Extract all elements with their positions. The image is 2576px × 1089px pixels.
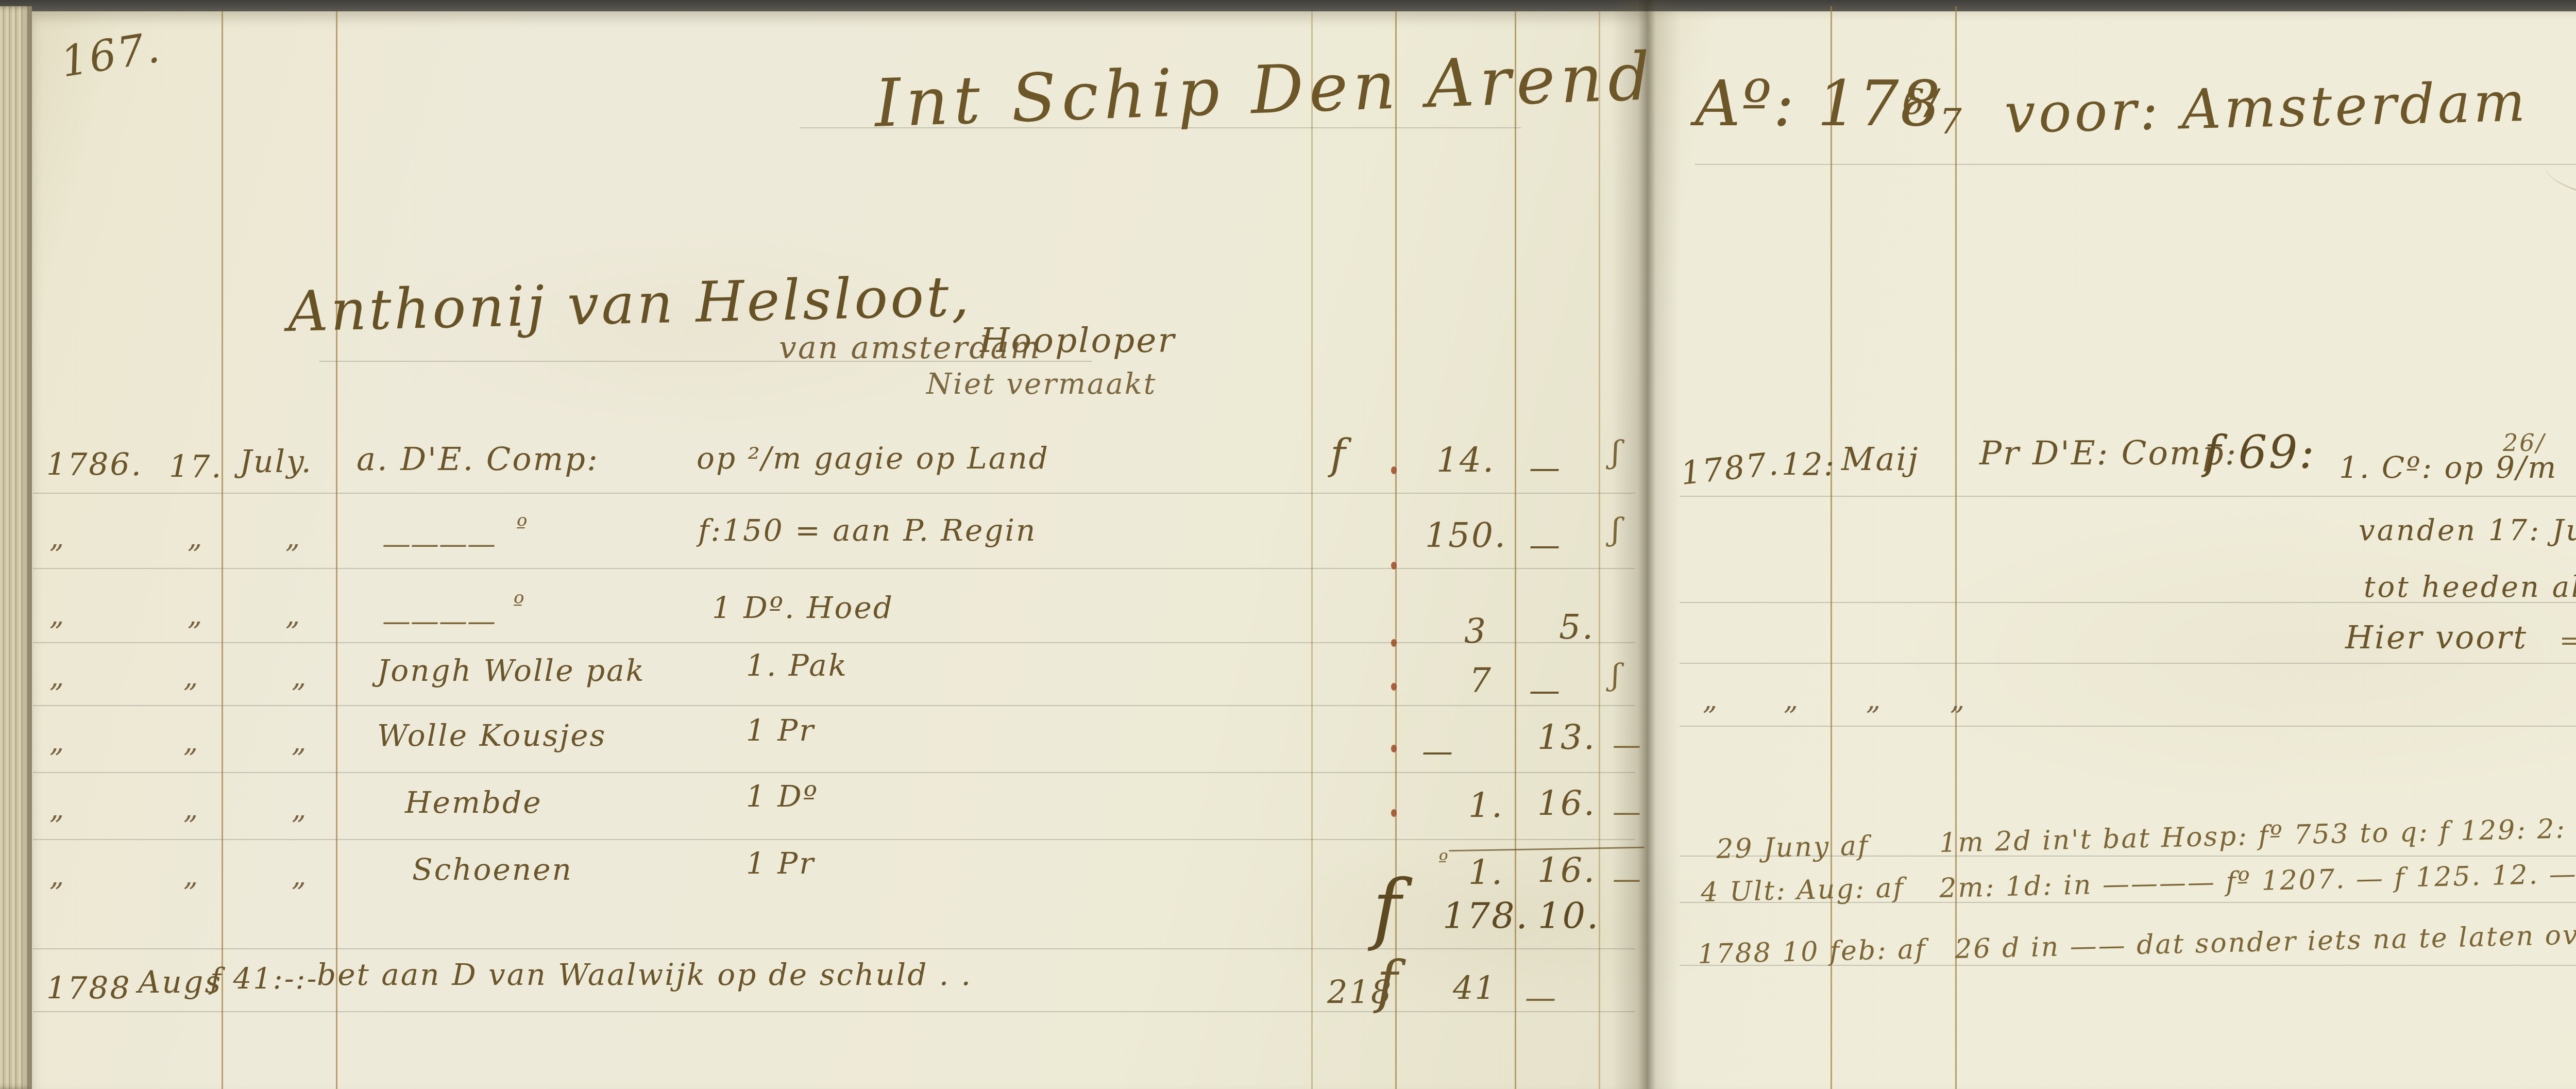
ditto-mark: „	[183, 795, 200, 823]
amount-stuivers: 5.	[1559, 610, 1595, 644]
column-rule	[222, 11, 223, 1089]
amount-guilders: 150.	[1425, 518, 1507, 552]
amount-penningen: —	[1613, 731, 1642, 759]
ditto-mark: „	[183, 728, 200, 756]
guide-line	[1695, 164, 2576, 165]
ditto-mark: „	[292, 862, 308, 890]
fraction-top: 6/	[1902, 82, 1939, 123]
entry-quantity: 1 Pr	[746, 715, 815, 745]
entry-month: Maij	[1841, 443, 1920, 475]
entry-desc: 1 Dº. Hoed	[712, 593, 894, 623]
audit-tick	[1391, 683, 1397, 691]
column-rule	[1955, 6, 1957, 1089]
account-note: Niet vermaakt	[926, 370, 1157, 399]
amount-penningen: —	[1613, 865, 1642, 893]
ditto-mark: „	[1784, 685, 1800, 714]
payment-amount-note: f 41:-:-	[210, 965, 318, 994]
memo-date: 29 Juny af	[1716, 832, 1870, 863]
amount-stuivers: 16.	[1537, 853, 1596, 887]
book-top-edge	[0, 0, 2576, 11]
amount-penningen: ʃ	[1612, 660, 1621, 690]
ditto-mark: „	[49, 601, 66, 629]
ditto-mark: „	[1866, 685, 1883, 714]
entry-desc-line1: 1. Cº: op 9/m	[2339, 453, 2557, 482]
ditto-mark: „	[1703, 685, 1719, 714]
entry-quantity: 1 Pr	[746, 848, 815, 878]
ditto-mark: „	[183, 862, 200, 890]
florin-sign: f	[1372, 870, 1403, 947]
guide-line	[1680, 663, 2576, 664]
amount-guilders: 1.	[1468, 856, 1504, 890]
ditto-superscript: º	[516, 514, 529, 538]
payment-month: Augs	[138, 967, 222, 998]
amount-guilders: —	[1422, 736, 1454, 767]
audit-tick	[1391, 562, 1397, 569]
ditto-dash: ————	[382, 530, 496, 558]
entry-desc: Schoenen	[412, 855, 573, 884]
ditto-mark: „	[188, 524, 204, 552]
entry-desc-line3: tot heeden alhier 't Bataviase boeke	[2364, 573, 2576, 602]
payment-stuivers: —	[1525, 982, 1557, 1013]
memo-date: 1788 10 feb: af	[1698, 936, 1927, 968]
audit-tick	[1391, 466, 1397, 474]
memo-date: 4 Ult: Aug: af	[1701, 875, 1905, 906]
ditto-mark: „	[285, 524, 302, 552]
fraction-bottom: 7	[1939, 102, 1963, 142]
guide-line	[1680, 726, 2576, 727]
payment-year: 1788	[46, 973, 131, 1004]
page-gutter	[1612, 0, 1681, 1089]
entry-quantity: 1. Pak	[746, 650, 848, 680]
entry-year: 1786.	[46, 449, 143, 480]
entry-desc: op ²/m gagie op Land	[697, 443, 1049, 473]
ditto-superscript: º	[513, 592, 526, 615]
entry-desc: Jongh Wolle pak	[377, 656, 646, 685]
ditto-mark: „	[1950, 685, 1967, 714]
entry-desc-superscript: 26/	[2503, 431, 2546, 455]
guide-line	[33, 493, 1635, 494]
payment-desc: bet aan D van Waalwijk op de schuld . .	[317, 960, 972, 990]
payment-guilders: 41	[1453, 972, 1497, 1004]
guide-line	[33, 705, 1635, 706]
ditto-mark: „	[292, 728, 308, 756]
guide-line	[33, 839, 1635, 840]
entry-quantity: 1 Dº	[746, 781, 819, 811]
audit-tick	[1391, 639, 1397, 647]
entry-account: a. D'E. Comp:	[357, 443, 599, 475]
column-rule	[1311, 11, 1313, 1089]
ditto-dash: ————	[382, 607, 496, 635]
amount-guilders: 1.	[1468, 789, 1504, 823]
guide-line	[33, 772, 1635, 773]
sum-line-hook: º	[1438, 850, 1450, 871]
entry-year: 1787.	[1679, 447, 1781, 490]
amount-stuivers: —	[1529, 530, 1562, 561]
entry-day: 12:	[1782, 449, 1836, 480]
book-binding-edge	[0, 6, 32, 1089]
total-stuivers: 10.	[1538, 898, 1600, 934]
entry-desc-line2: vanden 17: Julij aºpº dat uit geZeild	[2359, 516, 2576, 545]
ditto-mark: „	[49, 728, 66, 756]
ditto-mark: „	[285, 601, 302, 629]
amount-penningen: —	[1613, 798, 1642, 826]
right-page-header-fraction: 6/7	[1902, 77, 1963, 140]
florin-sign: f	[1330, 434, 1347, 475]
ditto-mark: „	[49, 663, 66, 691]
ditto-mark: „	[188, 601, 204, 629]
entry-desc: Wolle Kousjes	[377, 721, 606, 750]
ditto-mark: „	[49, 862, 66, 890]
entry-day: 17.	[169, 451, 223, 482]
left-page-paper	[31, 10, 1649, 1089]
ditto-mark: „	[292, 663, 308, 691]
amount-guilders: 14.	[1436, 443, 1495, 477]
amount-stuivers: —	[1529, 675, 1562, 706]
ditto-mark: „	[49, 795, 66, 823]
florin-sign: f	[1377, 953, 1399, 1010]
ditto-mark: „	[183, 663, 200, 691]
entry-desc: f:150 = aan P. Regin	[698, 515, 1037, 545]
audit-tick	[1391, 809, 1397, 817]
amount-penningen: ʃ	[1612, 514, 1621, 545]
column-rule	[336, 11, 337, 1089]
audit-tick	[1391, 745, 1397, 752]
amount-guilders: 7	[1469, 664, 1493, 698]
entry-account: Pr D'E: Comp:	[1979, 437, 2238, 470]
amount-stuivers: —	[1529, 453, 1562, 483]
entry-desc-line4: Hier voort	[2345, 622, 2528, 654]
entry-amount-inline: f 69:	[2204, 430, 2316, 475]
ditto-mark: „	[49, 524, 66, 552]
entry-month: July.	[240, 446, 313, 477]
right-page-header-suffix: voor: Amsterdam	[2004, 75, 2529, 141]
ledger-scan: 167. Int Schip Den Arend Aº: 178 6/7 voo…	[0, 0, 2576, 1089]
amount-guilders: 3	[1464, 614, 1487, 648]
account-rank: Hooploper	[980, 324, 1176, 358]
total-guilders: 178.	[1443, 898, 1529, 934]
entry-desc: Hembde	[405, 788, 542, 817]
column-rule	[1831, 6, 1832, 1089]
guide-line	[1680, 496, 2576, 497]
amount-penningen: ʃ	[1612, 437, 1621, 468]
ditto-mark: „	[292, 795, 308, 823]
amount-stuivers: 16.	[1537, 786, 1596, 820]
amount-stuivers: 13.	[1537, 721, 1596, 755]
entry-desc-line4-mark: =	[2560, 629, 2576, 654]
